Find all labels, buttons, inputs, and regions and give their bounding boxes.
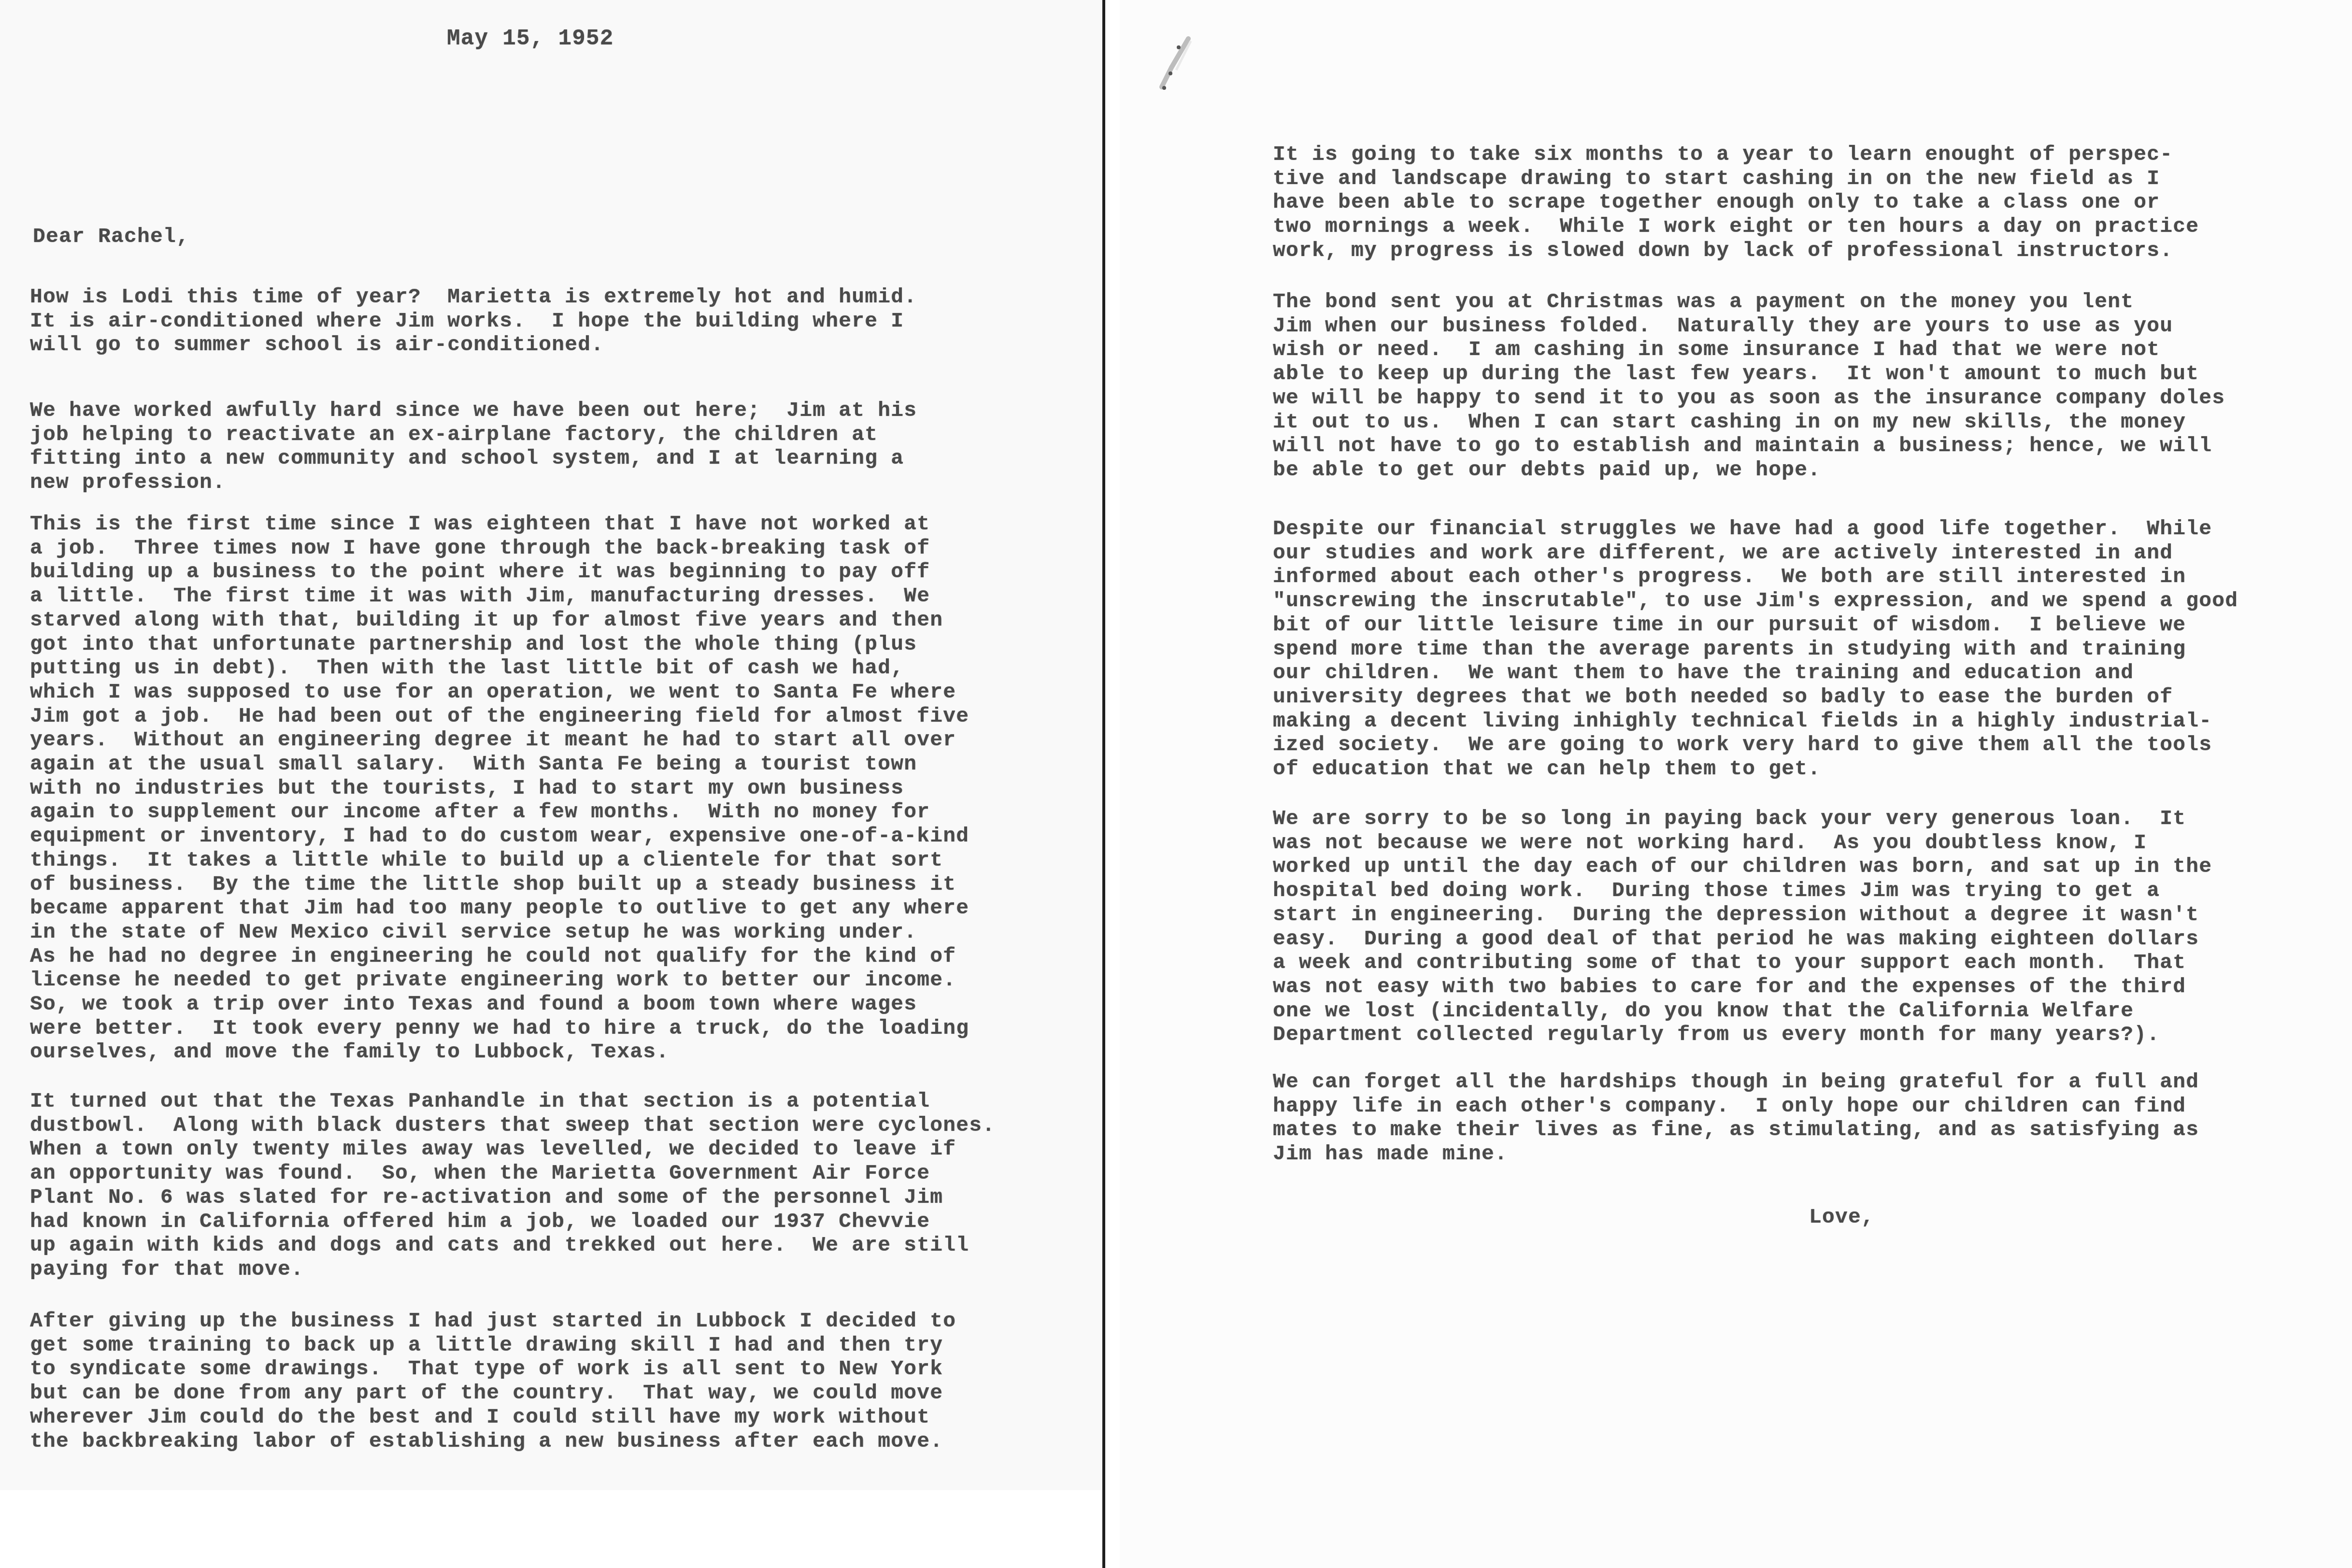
letter-line: be able to get our debts paid up, we hop… bbox=[1273, 458, 2225, 482]
letter-paragraph: It turned out that the Texas Panhandle i… bbox=[30, 1089, 995, 1282]
letter-line: "unscrewing the inscrutable", to use Jim… bbox=[1273, 589, 2238, 613]
page-gutter bbox=[1105, 0, 1120, 1568]
staple-mark-icon bbox=[1142, 29, 1200, 101]
letter-paragraph: After giving up the business I had just … bbox=[30, 1309, 956, 1453]
letter-line: start in engineering. During the depress… bbox=[1273, 903, 2212, 927]
letter-line: tive and landscape drawing to start cash… bbox=[1273, 167, 2199, 191]
letter-paragraph: We have worked awfully hard since we hav… bbox=[30, 399, 917, 495]
letter-line: fitting into a new community and school … bbox=[30, 446, 917, 470]
letter-line: a little. The first time it was with Jim… bbox=[30, 584, 969, 608]
letter-line: things. It takes a little while to build… bbox=[30, 848, 969, 872]
letter-line: wish or need. I am cashing in some insur… bbox=[1273, 338, 2225, 362]
letter-line: of business. By the time the little shop… bbox=[30, 872, 969, 897]
letter-paragraph: How is Lodi this time of year? Marietta … bbox=[30, 285, 917, 357]
letter-line: our children. We want them to have the t… bbox=[1273, 661, 2238, 685]
letter-closing: Love, bbox=[1809, 1205, 1874, 1229]
letter-line: We can forget all the hardships though i… bbox=[1273, 1070, 2199, 1094]
letter-line: building up a business to the point wher… bbox=[30, 560, 969, 584]
letter-line: spend more time than the average parents… bbox=[1273, 637, 2238, 661]
letter-line: bit of our little leisure time in our pu… bbox=[1273, 613, 2238, 637]
letter-line: Jim got a job. He had been out of the en… bbox=[30, 704, 969, 728]
letter-salutation: Dear Rachel, bbox=[33, 225, 189, 249]
letter-line: The bond sent you at Christmas was a pay… bbox=[1273, 290, 2225, 314]
letter-line: a job. Three times now I have gone throu… bbox=[30, 536, 969, 560]
letter-line: will go to summer school is air-conditio… bbox=[30, 333, 917, 357]
letter-line: mates to make their lives as fine, as st… bbox=[1273, 1118, 2199, 1142]
letter-paragraph: This is the first time since I was eight… bbox=[30, 512, 969, 1064]
letter-line: got into that unfortunate partnership an… bbox=[30, 632, 969, 656]
letter-line: get some training to back up a little dr… bbox=[30, 1333, 956, 1357]
letter-line: We are sorry to be so long in paying bac… bbox=[1273, 807, 2212, 831]
letter-line: ourselves, and move the family to Lubboc… bbox=[30, 1040, 969, 1064]
letter-line: It is air-conditioned where Jim works. I… bbox=[30, 309, 917, 333]
letter-line: wherever Jim could do the best and I cou… bbox=[30, 1405, 956, 1429]
letter-line: job helping to reactivate an ex-airplane… bbox=[30, 423, 917, 447]
letter-line: have been able to scrape together enough… bbox=[1273, 190, 2199, 214]
letter-line: years. Without an engineering degree it … bbox=[30, 728, 969, 752]
letter-line: able to keep up during the last few year… bbox=[1273, 362, 2225, 386]
letter-line: we will be happy to send it to you as so… bbox=[1273, 386, 2225, 410]
letter-paragraph: It is going to take six months to a year… bbox=[1273, 143, 2199, 263]
letter-line: Department collected regularly from us e… bbox=[1273, 1023, 2212, 1047]
letter-line: starved along with that, building it up … bbox=[30, 608, 969, 632]
letter-line: a week and contributing some of that to … bbox=[1273, 951, 2212, 975]
letter-line: ized society. We are going to work very … bbox=[1273, 733, 2238, 757]
letter-line: It turned out that the Texas Panhandle i… bbox=[30, 1089, 995, 1113]
scan-blank-area bbox=[0, 1490, 1120, 1568]
letter-line: university degrees that we both needed s… bbox=[1273, 685, 2238, 709]
letter-line: will not have to go to establish and mai… bbox=[1273, 434, 2225, 458]
letter-line: license he needed to get private enginee… bbox=[30, 968, 969, 992]
letter-paragraph: We can forget all the hardships though i… bbox=[1273, 1070, 2199, 1166]
letter-line: up again with kids and dogs and cats and… bbox=[30, 1233, 995, 1257]
letter-line: of education that we can help them to ge… bbox=[1273, 757, 2238, 781]
letter-line: work, my progress is slowed down by lack… bbox=[1273, 239, 2199, 263]
letter-line: two mornings a week. While I work eight … bbox=[1273, 214, 2199, 239]
letter-paragraph: Despite our financial struggles we have … bbox=[1273, 517, 2238, 781]
letter-paragraph: The bond sent you at Christmas was a pay… bbox=[1273, 290, 2225, 482]
letter-line: putting us in debt). Then with the last … bbox=[30, 656, 969, 680]
letter-line: Jim when our business folded. Naturally … bbox=[1273, 314, 2225, 338]
letter-line: an opportunity was found. So, when the M… bbox=[30, 1161, 995, 1185]
letter-line: but can be done from any part of the cou… bbox=[30, 1381, 956, 1405]
letter-line: hospital bed doing work. During those ti… bbox=[1273, 879, 2212, 903]
letter-line: our studies and work are different, we a… bbox=[1273, 541, 2238, 565]
letter-line: worked up until the day each of our chil… bbox=[1273, 855, 2212, 879]
letter-line: to syndicate some drawings. That type of… bbox=[30, 1357, 956, 1381]
letter-line: making a decent living inhighly technica… bbox=[1273, 709, 2238, 733]
letter-line: paying for that move. bbox=[30, 1257, 995, 1282]
letter-line: It is going to take six months to a year… bbox=[1273, 143, 2199, 167]
letter-paragraph: We are sorry to be so long in paying bac… bbox=[1273, 807, 2212, 1047]
letter-date: May 15, 1952 bbox=[447, 27, 614, 51]
letter-line: Despite our financial struggles we have … bbox=[1273, 517, 2238, 541]
letter-line: How is Lodi this time of year? Marietta … bbox=[30, 285, 917, 309]
letter-line: equipment or inventory, I had to do cust… bbox=[30, 824, 969, 848]
letter-line: again to supplement our income after a f… bbox=[30, 800, 969, 824]
letter-line: in the state of New Mexico civil service… bbox=[30, 920, 969, 944]
letter-line: was not because we were not working hard… bbox=[1273, 831, 2212, 855]
letter-line: dustbowl. Along with black dusters that … bbox=[30, 1113, 995, 1138]
letter-line: So, we took a trip over into Texas and f… bbox=[30, 992, 969, 1016]
letter-line: again at the usual small salary. With Sa… bbox=[30, 752, 969, 776]
letter-line: which I was supposed to use for an opera… bbox=[30, 680, 969, 704]
letter-line: This is the first time since I was eight… bbox=[30, 512, 969, 536]
letter-line: were better. It took every penny we had … bbox=[30, 1016, 969, 1041]
letter-line: happy life in each other's company. I on… bbox=[1273, 1094, 2199, 1118]
letter-line: Jim has made mine. bbox=[1273, 1142, 2199, 1166]
letter-line: the backbreaking labor of establishing a… bbox=[30, 1429, 956, 1454]
letter-line: new profession. bbox=[30, 470, 917, 495]
page-divider bbox=[1102, 0, 1105, 1568]
letter-line: was not easy with two babies to care for… bbox=[1273, 975, 2212, 999]
letter-line: easy. During a good deal of that period … bbox=[1273, 927, 2212, 951]
letter-line: As he had no degree in engineering he co… bbox=[30, 944, 969, 969]
letter-line: one we lost (incidentally, do you know t… bbox=[1273, 999, 2212, 1023]
letter-line: After giving up the business I had just … bbox=[30, 1309, 956, 1333]
letter-line: When a town only twenty miles away was l… bbox=[30, 1137, 995, 1161]
letter-line: with no industries but the tourists, I h… bbox=[30, 776, 969, 800]
letter-line: We have worked awfully hard since we hav… bbox=[30, 399, 917, 423]
letter-line: had known in California offered him a jo… bbox=[30, 1210, 995, 1234]
letter-line: informed about each other's progress. We… bbox=[1273, 565, 2238, 589]
letter-line: became apparent that Jim had too many pe… bbox=[30, 896, 969, 920]
letter-line: it out to us. When I can start cashing i… bbox=[1273, 410, 2225, 434]
letter-line: Plant No. 6 was slated for re-activation… bbox=[30, 1185, 995, 1210]
